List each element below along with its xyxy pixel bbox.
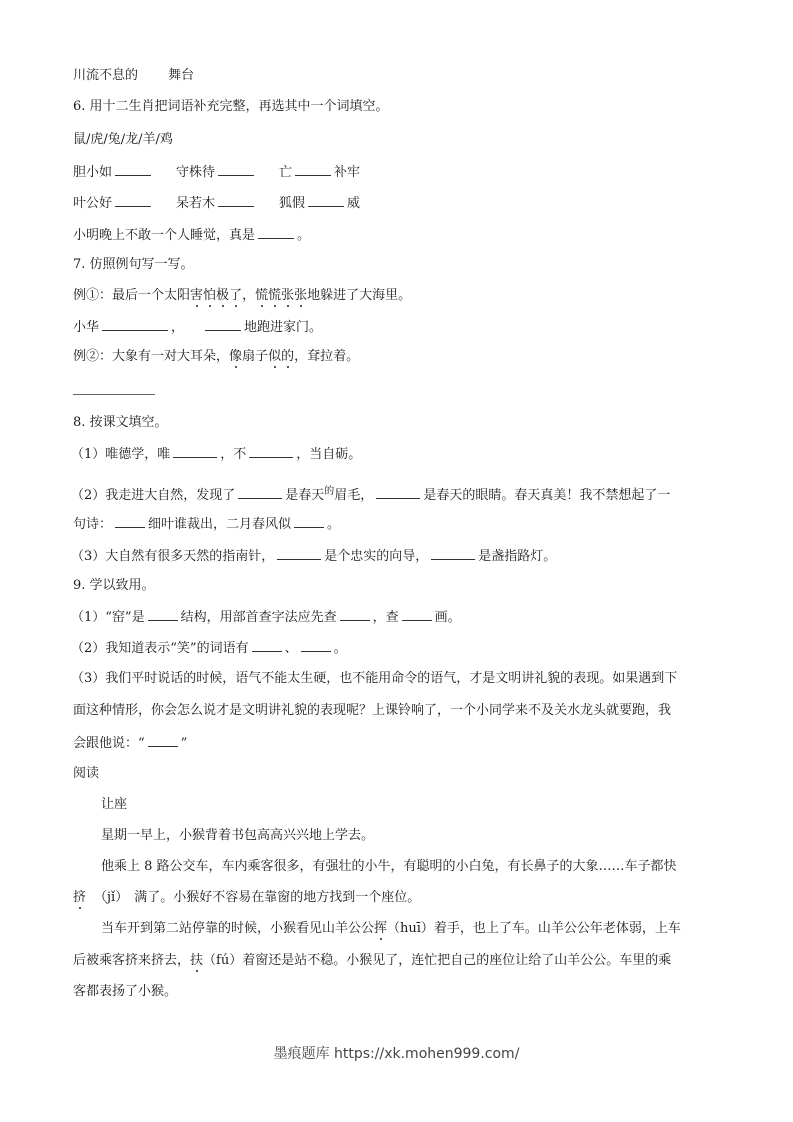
fill-text: 结构，用部首查字法应先查: [181, 610, 337, 625]
emphasis-char: 扶: [190, 953, 203, 968]
example-text: ，: [242, 288, 255, 303]
q9-part3-line2: 面这种情形，你会怎么说才是文明讲礼貌的表现呢？上课铃响了，一个小同学来不及关水龙…: [73, 702, 671, 720]
story-paragraph-2-line2: 挤（jǐ）满了。小猴好不容易在靠窗的地方找到一个座位。: [73, 889, 420, 907]
reading-heading: 阅读: [73, 765, 99, 783]
fill-text: （2）我知道表示“笑”的词语有: [71, 641, 249, 656]
fill-text: （2）我走进大自然，发现了: [71, 488, 235, 503]
answer-blank[interactable]: [218, 163, 254, 176]
answer-blank[interactable]: [238, 486, 282, 499]
example-text: 例②：大象有一对大耳朵，: [73, 349, 229, 364]
idiom-text: 守株待: [176, 165, 215, 180]
q8-part1: （1）唯德学，唯，不，当自砺。: [71, 445, 361, 464]
example-text: ，耷拉着。: [294, 349, 359, 364]
idiom-text: 亡: [279, 165, 292, 180]
q9-part3-line1: （3）我们平时说话的时候，语气不能太生硬，也不能用命令的语气，才是文明讲礼貌的表…: [71, 670, 677, 688]
fill-text: ，: [171, 320, 184, 335]
answer-blank[interactable]: [218, 194, 254, 207]
q5-options-line: 川流不息的舞台: [73, 67, 194, 85]
q7-example1: 例①：最后一个太阳害怕极了，慌慌张张地躲进了大海里。: [73, 287, 411, 305]
fill-text: 小华: [73, 320, 99, 335]
answer-blank[interactable]: [376, 486, 420, 499]
q5-word-right: 舞台: [168, 68, 194, 83]
fill-text: 是个忠实的向导，: [324, 549, 428, 564]
idiom-text: 叶公好: [73, 196, 112, 211]
answer-blank[interactable]: [102, 318, 168, 331]
answer-blank[interactable]: [205, 318, 241, 331]
fill-text: ，查: [373, 610, 399, 625]
emphasis-char: 挥: [374, 921, 387, 936]
answer-blank[interactable]: [301, 639, 331, 652]
story-text: 满了。小猴好不容易在靠窗的地方找到一个座位。: [134, 890, 420, 905]
fill-text: 句诗：: [73, 517, 112, 532]
answer-blank[interactable]: [148, 608, 178, 621]
fill-text: 是春天: [285, 488, 324, 503]
fill-text: 地跑进家门。: [244, 320, 322, 335]
emphasis-char: 的: [281, 349, 294, 364]
emphasis-char: 像: [229, 349, 242, 364]
q6-row2: 叶公好呆若木狐假威: [73, 194, 360, 213]
answer-blank[interactable]: [340, 608, 370, 621]
emphasis-char: 慌: [255, 288, 268, 303]
story-paragraph-3-line1: 当车开到第二站停靠的时候，小猴看见山羊公公挥（huī）着手，也上了车。山羊公公年…: [101, 920, 681, 938]
q6-title: 6. 用十二生肖把词语补充完整，再选其中一个词填空。: [73, 98, 389, 116]
answer-blank[interactable]: [258, 226, 294, 239]
superscript-char: 的: [324, 486, 334, 497]
emphasis-char: 了: [229, 288, 242, 303]
answer-blank[interactable]: [295, 163, 331, 176]
idiom-text: 狐假: [279, 196, 305, 211]
fill-text: ，当自砺。: [296, 447, 361, 462]
example-char: 子: [255, 349, 268, 364]
story-paragraph-1: 星期一早上，小猴背着书包高高兴兴地上学去。: [101, 827, 374, 845]
answer-blank[interactable]: [277, 547, 321, 560]
emphasis-char: 慌: [268, 288, 281, 303]
example-text: 例①：最后一个太阳: [73, 288, 190, 303]
sentence-text: 。: [297, 228, 310, 243]
answer-blank[interactable]: [431, 547, 475, 560]
idiom-text: 胆小如: [73, 165, 112, 180]
idiom-text: 呆若木: [176, 196, 215, 211]
example-text: 地躲进了大海里。: [307, 288, 411, 303]
fill-text: 会跟他说：“: [73, 736, 145, 751]
fill-text: ”: [181, 736, 188, 751]
answer-blank[interactable]: [402, 608, 432, 621]
q9-title: 9. 学以致用。: [73, 577, 155, 595]
example-char: 扇: [242, 349, 255, 364]
story-paragraph-3-line3: 客都表扬了小猴。: [73, 983, 177, 1001]
fill-text: 眉毛，: [334, 488, 373, 503]
story-text: 当车开到第二站停靠的时候，小猴看见山羊公公: [101, 921, 374, 936]
footer-watermark: 墨痕题库 https://xk.mohen999.com/: [0, 1043, 793, 1063]
emphasis-char: 张: [294, 288, 307, 303]
fill-text: 。: [334, 641, 347, 656]
emphasis-char: 挤: [73, 890, 86, 905]
q9-part1: （1）“窑”是结构，用部首查字法应先查，查画。: [71, 608, 461, 627]
emphasis-char: 张: [281, 288, 294, 303]
q8-title: 8. 按课文填空。: [73, 414, 168, 432]
story-text: （huī）着手，也上了车。山羊公公年老体弱，上车: [387, 921, 681, 936]
answer-blank[interactable]: [173, 445, 217, 458]
q6-options: 鼠/虎/兔/龙/羊/鸡: [73, 131, 173, 149]
q7-example2: 例②：大象有一对大耳朵，像扇子似的，耷拉着。: [73, 348, 359, 366]
answer-blank[interactable]: [294, 515, 324, 528]
sentence-text: 小明晚上不敢一个人睡觉，真是: [73, 228, 255, 243]
fill-text: 是春天的眼睛。春天真美！我不禁想起了一: [423, 488, 670, 503]
idiom-text: 威: [347, 196, 360, 211]
q6-row1: 胆小如守株待亡补牢: [73, 163, 360, 182]
fill-text: 是盏指路灯。: [478, 549, 556, 564]
q6-sentence: 小明晚上不敢一个人睡觉，真是。: [73, 226, 310, 245]
story-paragraph-3-line2: 后被乘客挤来挤去，扶（fú）着窗还是站不稳。小猴见了，连忙把自己的座位让给了山羊…: [73, 952, 671, 970]
emphasis-char: 极: [216, 288, 229, 303]
q9-part2: （2）我知道表示“笑”的词语有、。: [71, 639, 347, 658]
emphasis-char: 害: [190, 288, 203, 303]
answer-blank[interactable]: [148, 734, 178, 747]
idiom-text: 补牢: [334, 165, 360, 180]
answer-blank[interactable]: [252, 639, 282, 652]
story-paragraph-2-line1: 他乘上 8 路公交车，车内乘客很多，有强壮的小牛，有聪明的小白兔，有长鼻子的大象…: [101, 858, 677, 876]
q9-part3-line3: 会跟他说：“”: [73, 734, 187, 753]
fill-text: 画。: [435, 610, 461, 625]
story-text: 后被乘客挤来挤去，: [73, 953, 190, 968]
answer-blank[interactable]: [115, 194, 151, 207]
fill-text: 、: [285, 641, 298, 656]
answer-line[interactable]: [73, 394, 155, 395]
fill-text: 。: [327, 517, 340, 532]
emphasis-char: 怕: [203, 288, 216, 303]
answer-blank[interactable]: [115, 163, 151, 176]
q7-title: 7. 仿照例句写一写。: [73, 256, 194, 274]
fill-text: 细叶谁裁出，二月春风似: [148, 517, 291, 532]
q5-word-left: 川流不息的: [73, 68, 138, 83]
fill-text: （3）大自然有很多天然的指南针，: [71, 549, 274, 564]
q7-fill1: 小华，地跑进家门。: [73, 318, 322, 337]
q8-part3: （3）大自然有很多天然的指南针，是个忠实的向导，是盏指路灯。: [71, 547, 556, 566]
answer-blank[interactable]: [249, 445, 293, 458]
fill-text: （1）“窑”是: [71, 610, 145, 625]
story-title: 让座: [101, 796, 127, 814]
pinyin-annotation: （jǐ）: [94, 890, 128, 905]
emphasis-char: 似: [268, 349, 281, 364]
answer-blank[interactable]: [115, 515, 145, 528]
q8-part2-line1: （2）我走进大自然，发现了是春天的眉毛，是春天的眼睛。春天真美！我不禁想起了一: [71, 483, 670, 505]
fill-text: （1）唯德学，唯: [71, 447, 170, 462]
q8-part2-line2: 句诗：细叶谁裁出，二月春风似。: [73, 515, 340, 534]
story-text: （fú）着窗还是站不稳。小猴见了，连忙把自己的座位让给了山羊公公。车里的乘: [203, 953, 671, 968]
answer-blank[interactable]: [308, 194, 344, 207]
fill-text: ，不: [220, 447, 246, 462]
